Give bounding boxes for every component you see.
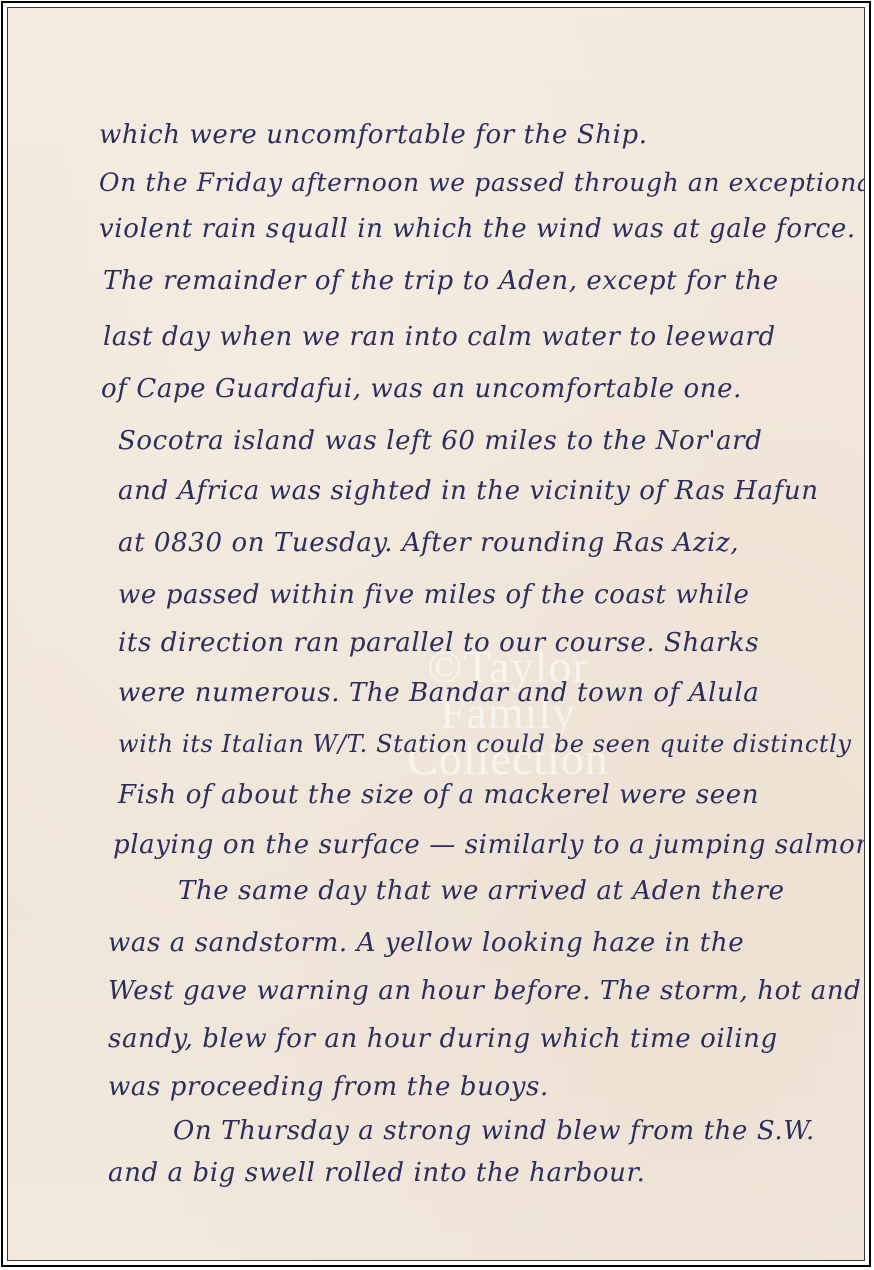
text-line-21: On Thursday a strong wind blew from the … [173,1116,815,1146]
text-line-4: The remainder of the trip to Aden, excep… [103,266,779,296]
page-paper: ©Taylor Family Collection which were unc… [7,7,865,1261]
text-line-11: its direction ran parallel to our course… [118,628,759,658]
text-line-12: were numerous. The Bandar and town of Al… [118,678,759,708]
text-line-16: The same day that we arrived at Aden the… [178,876,785,906]
text-line-19: sandy, blew for an hour during which tim… [108,1024,778,1054]
text-line-1: which were uncomfortable for the Ship. [99,120,648,150]
text-line-22: and a big swell rolled into the harbour. [108,1158,646,1188]
text-line-20: was proceeding from the buoys. [108,1072,549,1102]
text-line-10: we passed within five miles of the coast… [118,580,749,610]
text-line-7: Socotra island was left 60 miles to the … [118,426,762,456]
text-line-8: and Africa was sighted in the vicinity o… [118,476,819,506]
text-line-14: Fish of about the size of a mackerel wer… [118,780,759,810]
text-line-2: On the Friday afternoon we passed throug… [99,168,865,197]
text-line-3: violent rain squall in which the wind wa… [99,214,856,244]
text-line-9: at 0830 on Tuesday. After rounding Ras A… [118,528,739,558]
text-line-18: West gave warning an hour before. The st… [108,976,861,1006]
page-frame-outer: ©Taylor Family Collection which were unc… [1,1,871,1267]
handwritten-text: which were uncomfortable for the Ship. O… [8,8,864,1260]
text-line-15: playing on the surface — similarly to a … [113,830,865,860]
text-line-5: last day when we ran into calm water to … [103,322,776,352]
text-line-13: with its Italian W/T. Station could be s… [118,730,852,758]
text-line-17: was a sandstorm. A yellow looking haze i… [108,928,744,958]
text-line-6: of Cape Guardafui, was an uncomfortable … [101,374,742,404]
